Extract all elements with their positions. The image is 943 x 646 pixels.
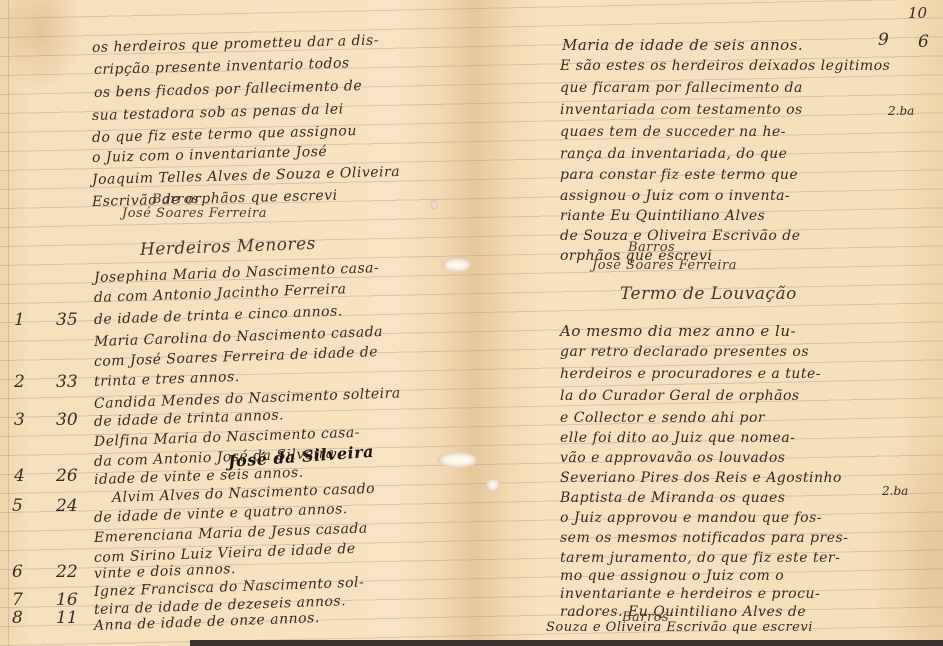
text-line: Joaquim Telles Alves de Souza e Oliveira: [92, 164, 401, 188]
body-line: tarem juramento, do que fiz este ter-: [560, 550, 840, 566]
body-line: Baptista de Miranda os quaes: [560, 490, 786, 506]
text-line: riante Eu Quintiliano Alves: [560, 208, 765, 224]
heir-number: 3: [14, 410, 25, 430]
text-line: sua testadora sob as penas da lei: [92, 101, 344, 124]
body-line: mo que assignou o Juiz com o: [560, 568, 784, 584]
heir-number: 7: [12, 590, 23, 610]
body-line: Ao mesmo dia mez anno e lu-: [560, 322, 796, 340]
text-line: E são estes os herdeiros deixados legiti…: [560, 58, 890, 74]
text-line: de Souza e Oliveira Escrivão de: [560, 228, 801, 244]
heir-line: da com Antonio Jacintho Ferreira: [94, 281, 347, 306]
heir-age: 16: [56, 590, 78, 610]
left-page: os herdeiros que prometteu dar a dis- cr…: [0, 0, 470, 646]
text-line: do que fiz este termo que assignou: [92, 123, 357, 146]
text-line: inventariada com testamento os: [560, 102, 803, 118]
margin-note: 2.ba: [888, 104, 914, 118]
body-line: o Juiz approvou e mandou que fos-: [560, 510, 822, 526]
body-line: la do Curador Geral de orphãos: [560, 388, 800, 404]
closing-signature: Barros: [622, 610, 669, 625]
signature-label: Barros: [152, 192, 199, 207]
signature-label: Barros: [628, 240, 675, 255]
heir-age: 33: [56, 372, 78, 392]
section-heading: Termo de Louvação: [620, 284, 797, 304]
body-line: sem os mesmos notificados para pres-: [560, 530, 848, 546]
text-line: assignou o Juiz com o inventa-: [560, 188, 790, 204]
heir-number: 5: [12, 496, 23, 516]
margin-number: 6: [918, 32, 929, 52]
body-line: inventariante e herdeiros e procu-: [560, 586, 820, 602]
text-line: cripção presente inventario todos: [94, 55, 350, 78]
body-line: radores. Eu Quintiliano Alves de: [560, 604, 806, 620]
text-line: os bens ficados por fallecimento de: [94, 78, 363, 101]
text-line: que ficaram por fallecimento da: [560, 80, 803, 96]
folio-number: 10: [908, 4, 927, 22]
section-heading: Herdeiros Menores: [140, 234, 317, 260]
text-line: o Juiz com o inventariante José: [92, 144, 328, 166]
text-line: rança da inventariada, do que: [560, 146, 787, 162]
body-line: herdeiros e procuradores e a tute-: [560, 366, 821, 382]
margin-note: 2.ba: [882, 484, 908, 498]
body-line: e Collector e sendo ahi por: [560, 410, 765, 426]
margin-number: 9: [878, 30, 889, 50]
heir-number: 8: [12, 608, 23, 628]
text-line: quaes tem de succeder na he-: [560, 124, 786, 140]
manuscript-spread: os herdeiros que prometteu dar a dis- cr…: [0, 0, 943, 646]
text-line: Maria de idade de seis annos.: [562, 36, 803, 54]
body-line: Severiano Pires dos Reis e Agostinho: [560, 470, 842, 486]
heir-age: 24: [56, 496, 78, 516]
body-line: Souza e Oliveira Escrivão que escrevi: [546, 620, 813, 635]
scan-edge: [190, 640, 943, 646]
signature-name: José Soares Ferreira: [592, 258, 737, 273]
right-page: 10 9 6 2.ba 2.ba Maria de idade de seis …: [510, 0, 943, 646]
text-line: os herdeiros que prometteu dar a dis-: [92, 32, 379, 56]
heir-age: 35: [56, 310, 78, 330]
heir-age: 22: [56, 562, 78, 582]
heir-age: 11: [56, 608, 78, 628]
heir-number: 2: [14, 372, 25, 392]
paper-hole: [486, 478, 500, 492]
heir-number: 4: [14, 466, 25, 486]
heir-number: 1: [14, 310, 25, 330]
body-line: vão e approvavão os louvados: [560, 450, 785, 466]
signature-name: José Soares Ferreira: [122, 206, 267, 221]
heir-age: 30: [56, 410, 78, 430]
heir-number: 6: [12, 562, 23, 582]
heir-line: de idade de trinta e cinco annos.: [94, 303, 343, 328]
heir-age: 26: [56, 466, 78, 486]
body-line: elle foi dito ao Juiz que nomea-: [560, 430, 795, 446]
body-line: gar retro declarado presentes os: [560, 344, 809, 360]
text-line: para constar fiz este termo que: [560, 167, 798, 183]
heir-line: trinta e tres annos.: [94, 369, 240, 390]
